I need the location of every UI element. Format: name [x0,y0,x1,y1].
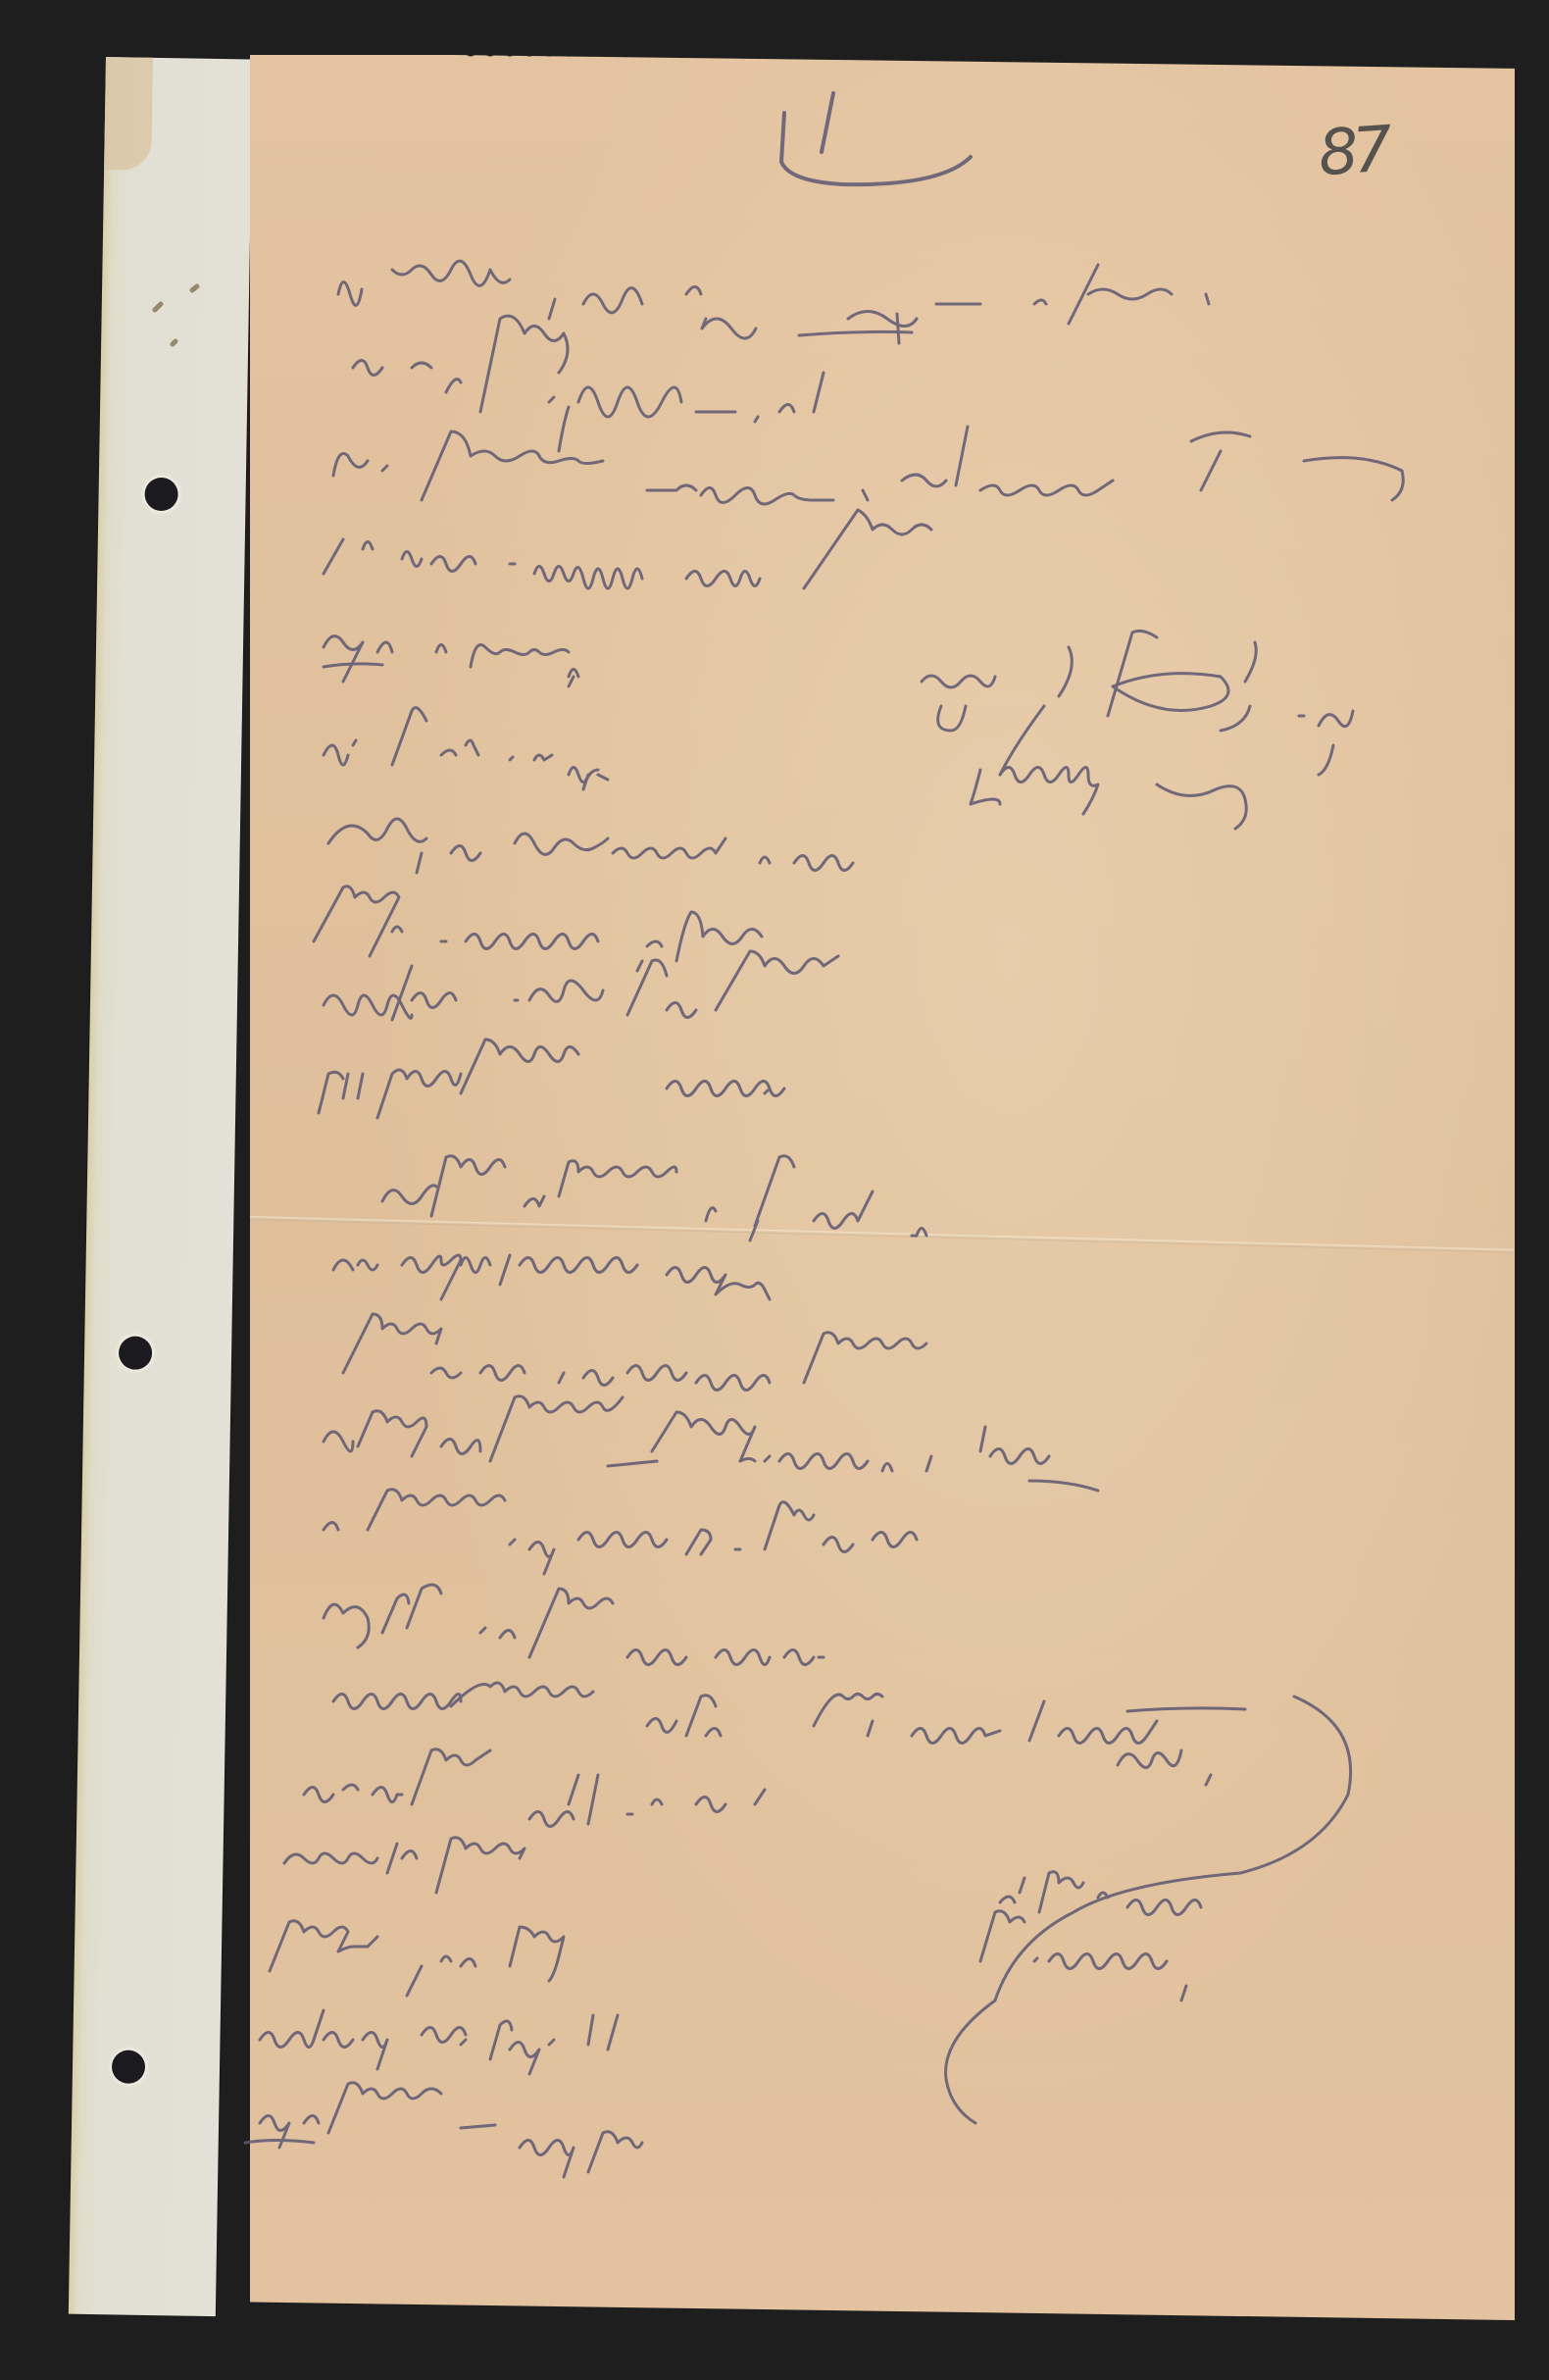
margin-note-bracket [946,1696,1351,2123]
section-marker-bracket [781,93,971,184]
paper-specks [155,286,197,344]
handwriting-layer [0,0,1549,2380]
handwriting-line [245,261,1403,2177]
